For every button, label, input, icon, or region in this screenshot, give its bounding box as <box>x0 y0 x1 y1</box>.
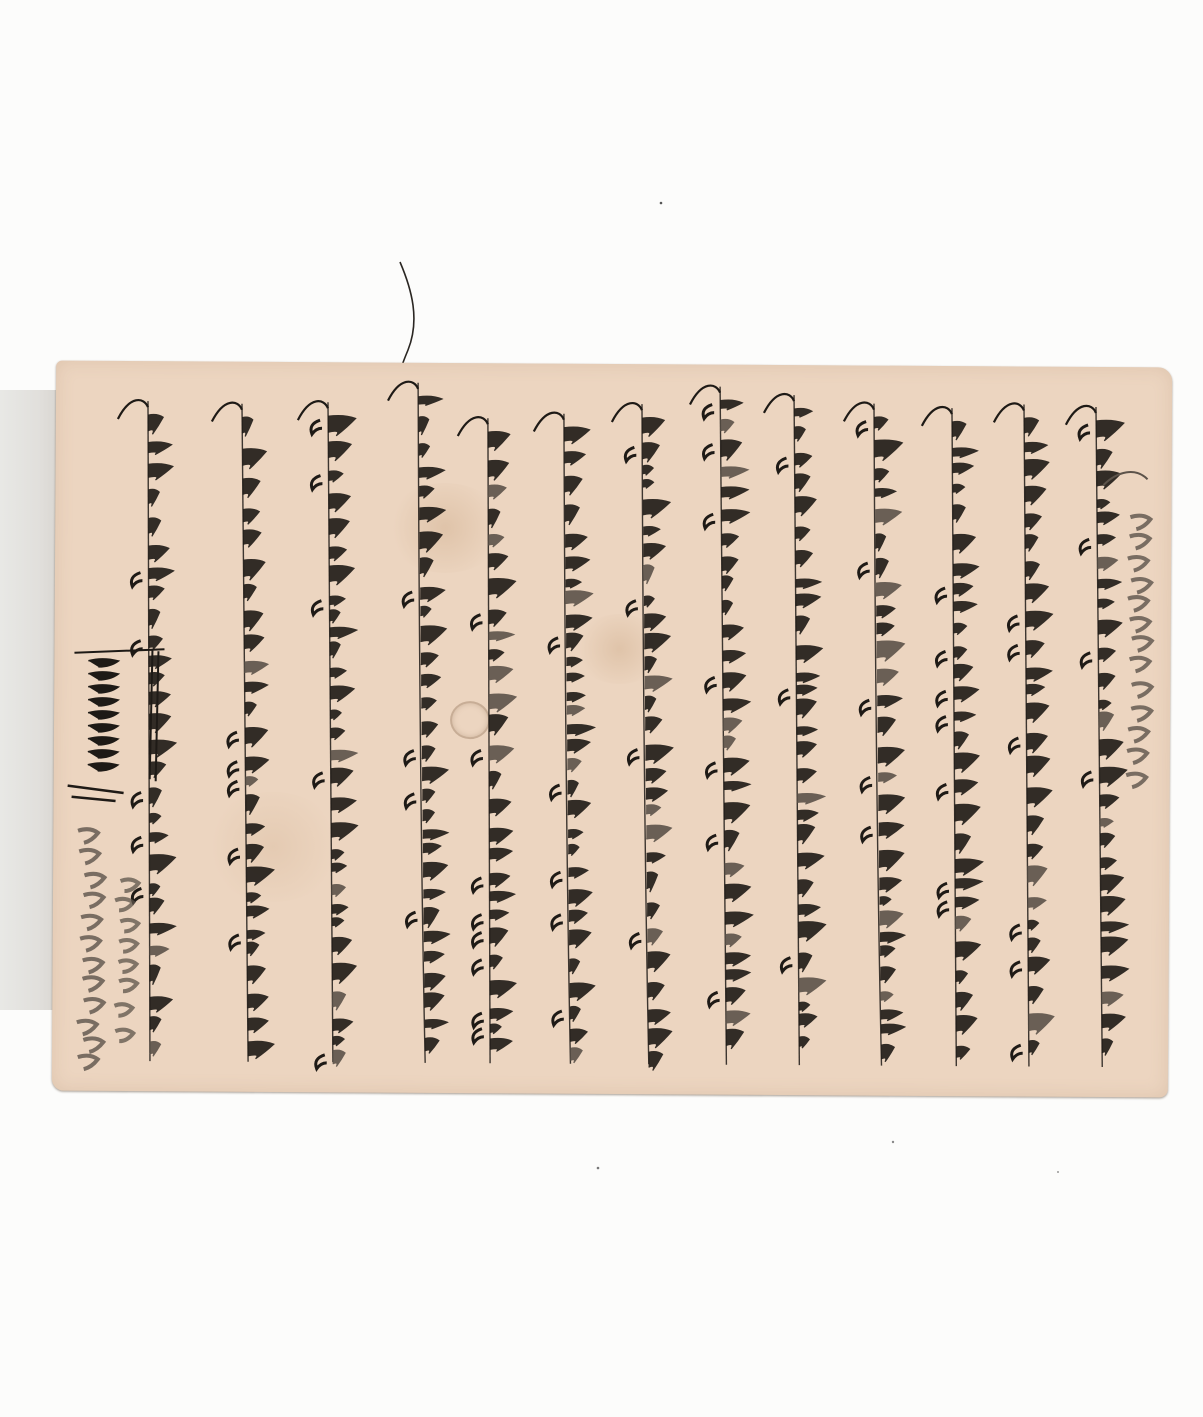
scan-edge-shadow <box>0 390 56 1010</box>
handwritten-text <box>52 361 1172 1098</box>
postcard: Handwritten script not transcribed <box>52 361 1172 1098</box>
